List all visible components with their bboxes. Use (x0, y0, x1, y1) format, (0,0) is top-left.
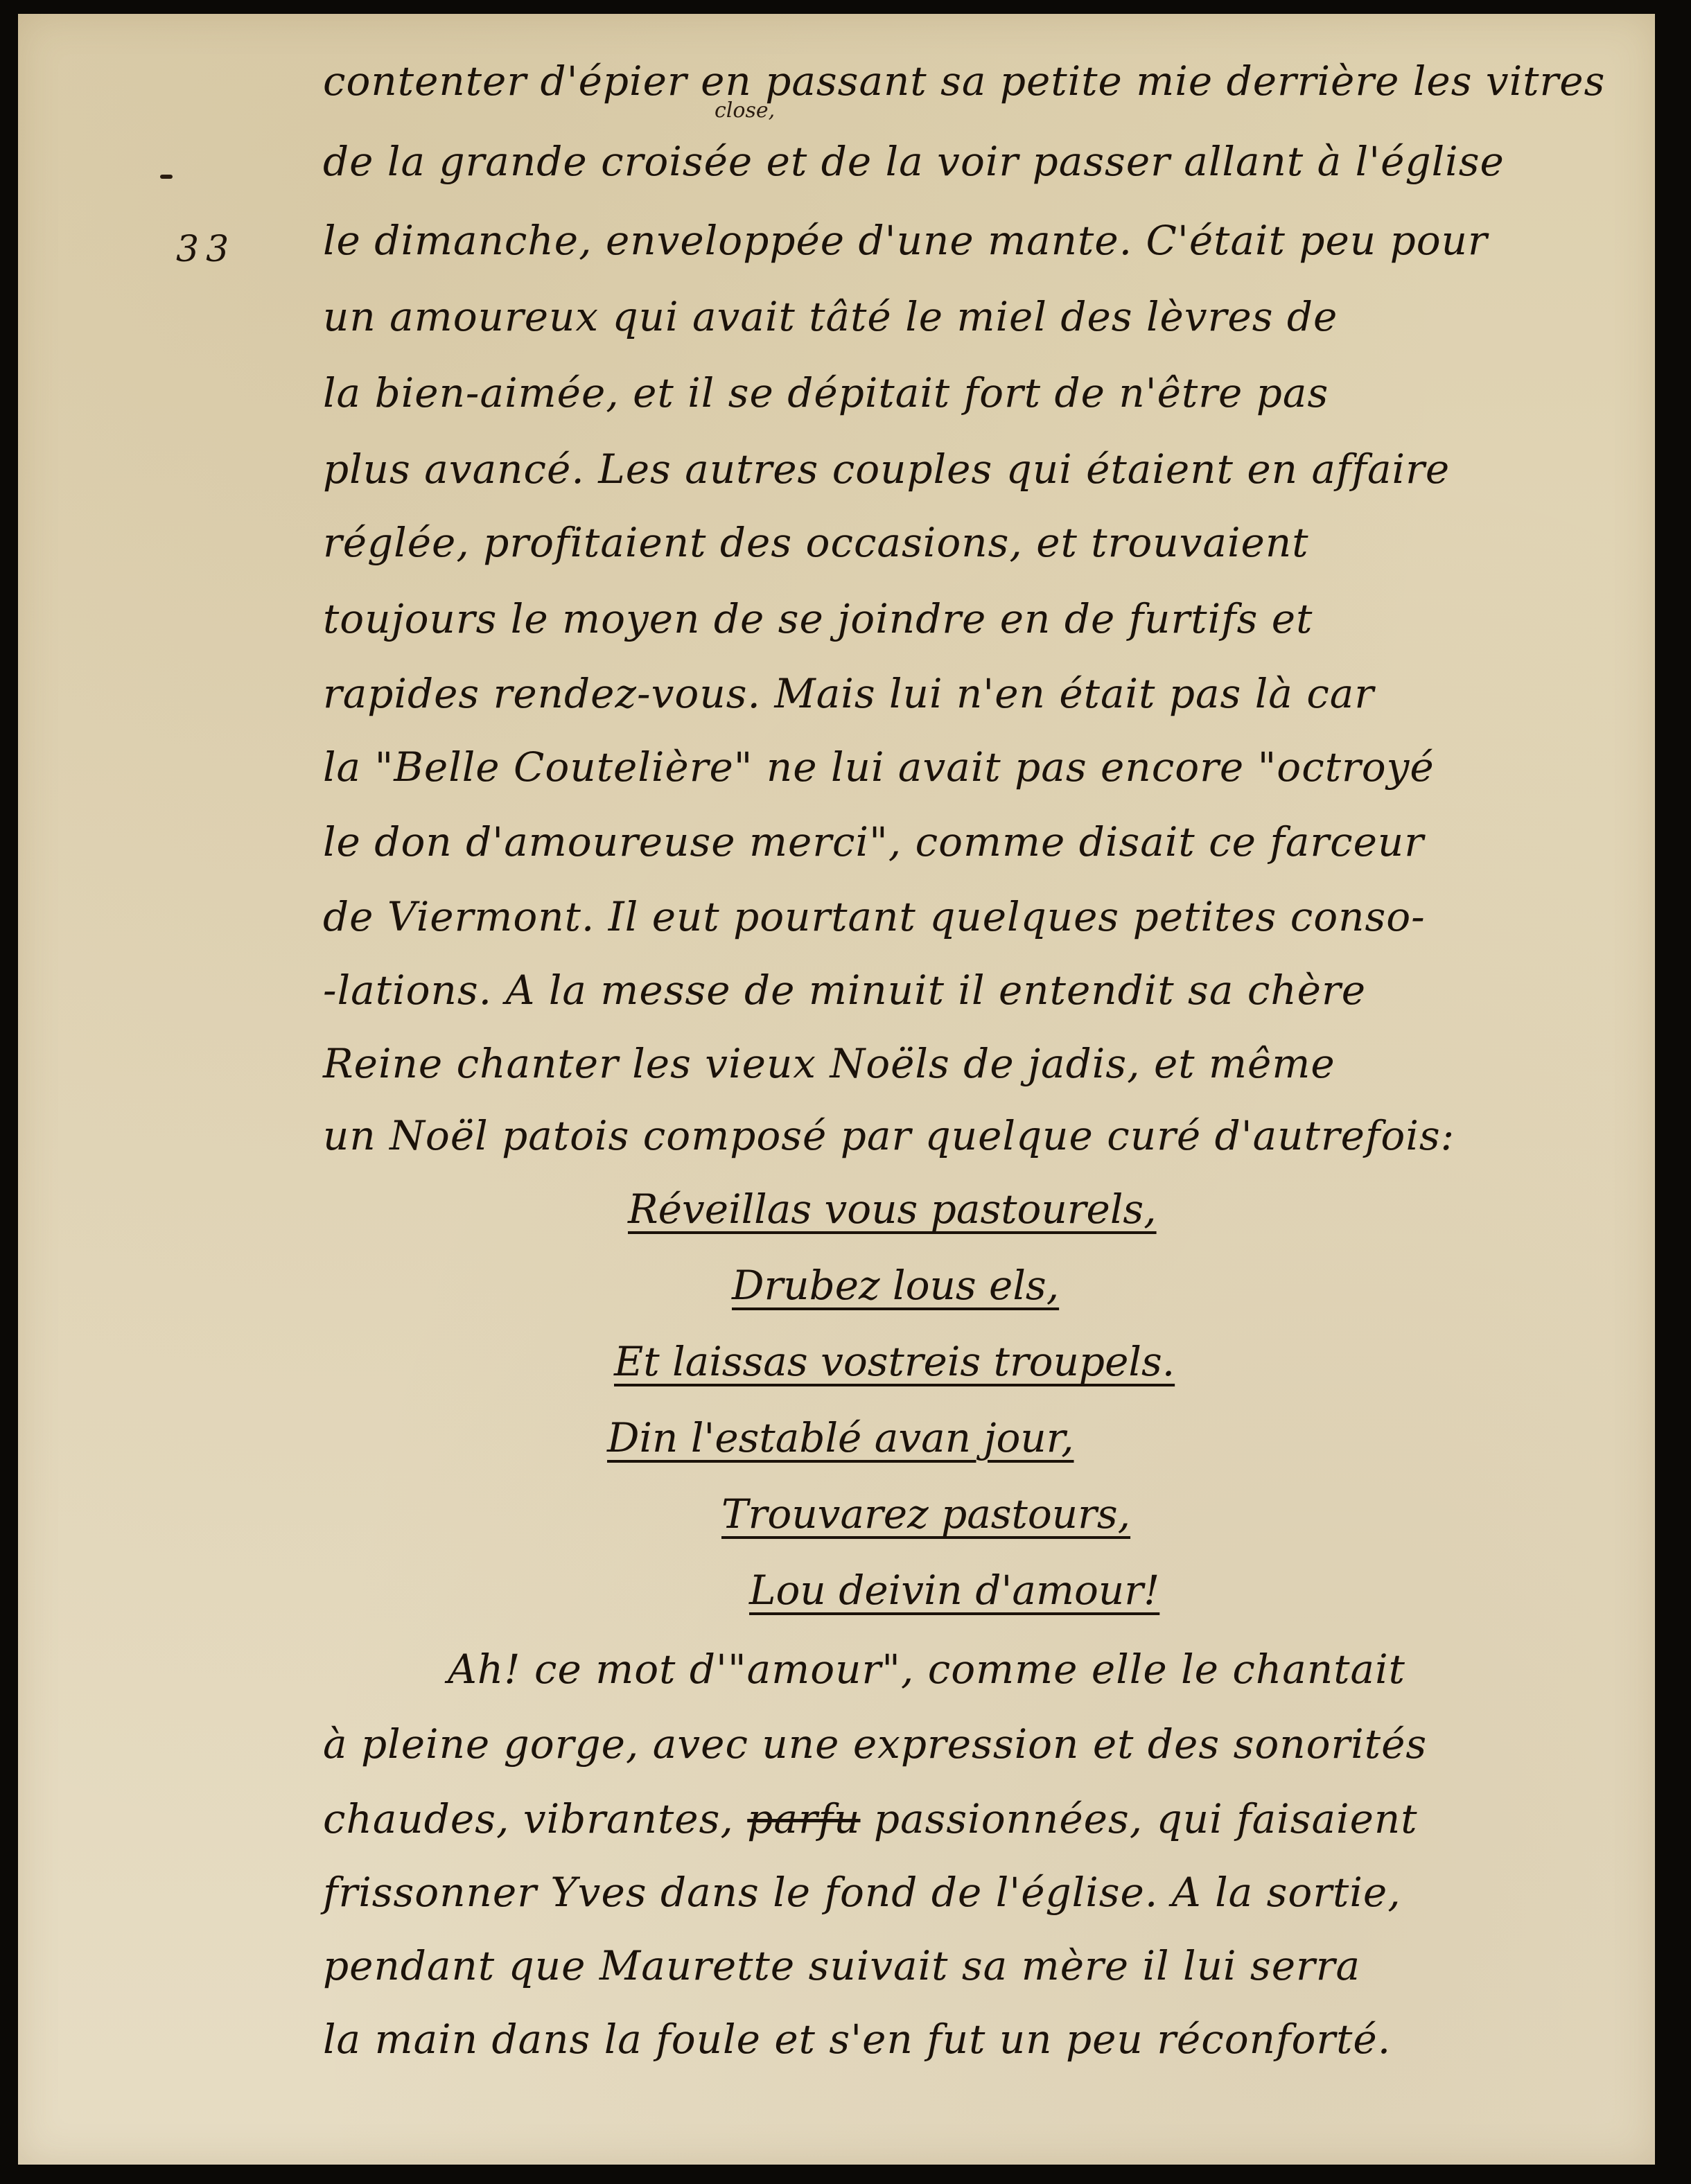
text-line-19: frissonner Yves dans le fond de l'église… (323, 1868, 1401, 1917)
text-line-14: Reine chanter les vieux Noëls de jadis, … (323, 1039, 1335, 1088)
text-line-6: plus avancé. Les autres couples qui étai… (323, 445, 1450, 493)
text-line-1: contenter d'épier en passant sa petite m… (323, 57, 1605, 105)
text-line-7: réglée, profitaient des occasions, et tr… (323, 518, 1309, 567)
verse-line-2: Drubez lous els, (732, 1261, 1059, 1310)
text-line-13: -lations. A la messe de minuit il entend… (323, 966, 1366, 1014)
text-line-5: la bien-aimée, et il se dépitait fort de… (323, 369, 1329, 417)
text-line-9: rapides rendez-vous. Mais lui n'en était… (323, 669, 1374, 718)
verse-line-5: Trouvarez pastours, (721, 1490, 1130, 1538)
text-line-18-start: chaudes, vibrantes, (323, 1795, 747, 1842)
text-line-10: la "Belle Coutelière" ne lui avait pas e… (323, 743, 1435, 791)
verse-line-1: Réveillas vous pastourels, (628, 1185, 1157, 1233)
text-line-16: Ah! ce mot d'"amour", comme elle le chan… (448, 1645, 1405, 1693)
verse-line-4: Din l'establé avan jour, (607, 1414, 1074, 1462)
text-line-2: de la grande croisée et de la voir passe… (323, 137, 1505, 186)
text-line-15: un Noël patois composé par quelque curé … (323, 1111, 1455, 1160)
text-line-17: à pleine gorge, avec une expression et d… (323, 1720, 1427, 1768)
page-number: 33 (176, 229, 236, 270)
margin-dash-mark (160, 175, 173, 179)
text-line-11: le don d'amoureuse merci", comme disait … (323, 818, 1424, 866)
text-line-8: toujours le moyen de se joindre en de fu… (323, 595, 1313, 643)
verse-line-3: Et laissas vostreis troupels. (614, 1337, 1175, 1386)
text-line-18-end: passionnées, qui faisaient (861, 1795, 1418, 1842)
manuscript-page: 33 close, contenter d'épier en passant s… (18, 14, 1655, 2165)
struck-word: parfu (747, 1795, 860, 1842)
text-line-4: un amoureux qui avait tâté le miel des l… (323, 292, 1338, 341)
verse-line-6: Lou deivin d'amour! (749, 1566, 1159, 1614)
text-line-18: chaudes, vibrantes, parfu passionnées, q… (323, 1795, 1418, 1843)
text-line-20: pendant que Maurette suivait sa mère il … (323, 1941, 1360, 1990)
text-line-3: le dimanche, enveloppée d'une mante. C'é… (323, 216, 1488, 265)
text-line-21: la main dans la foule et s'en fut un peu… (323, 2015, 1391, 2063)
text-line-12: de Viermont. Il eut pourtant quelques pe… (323, 892, 1426, 941)
